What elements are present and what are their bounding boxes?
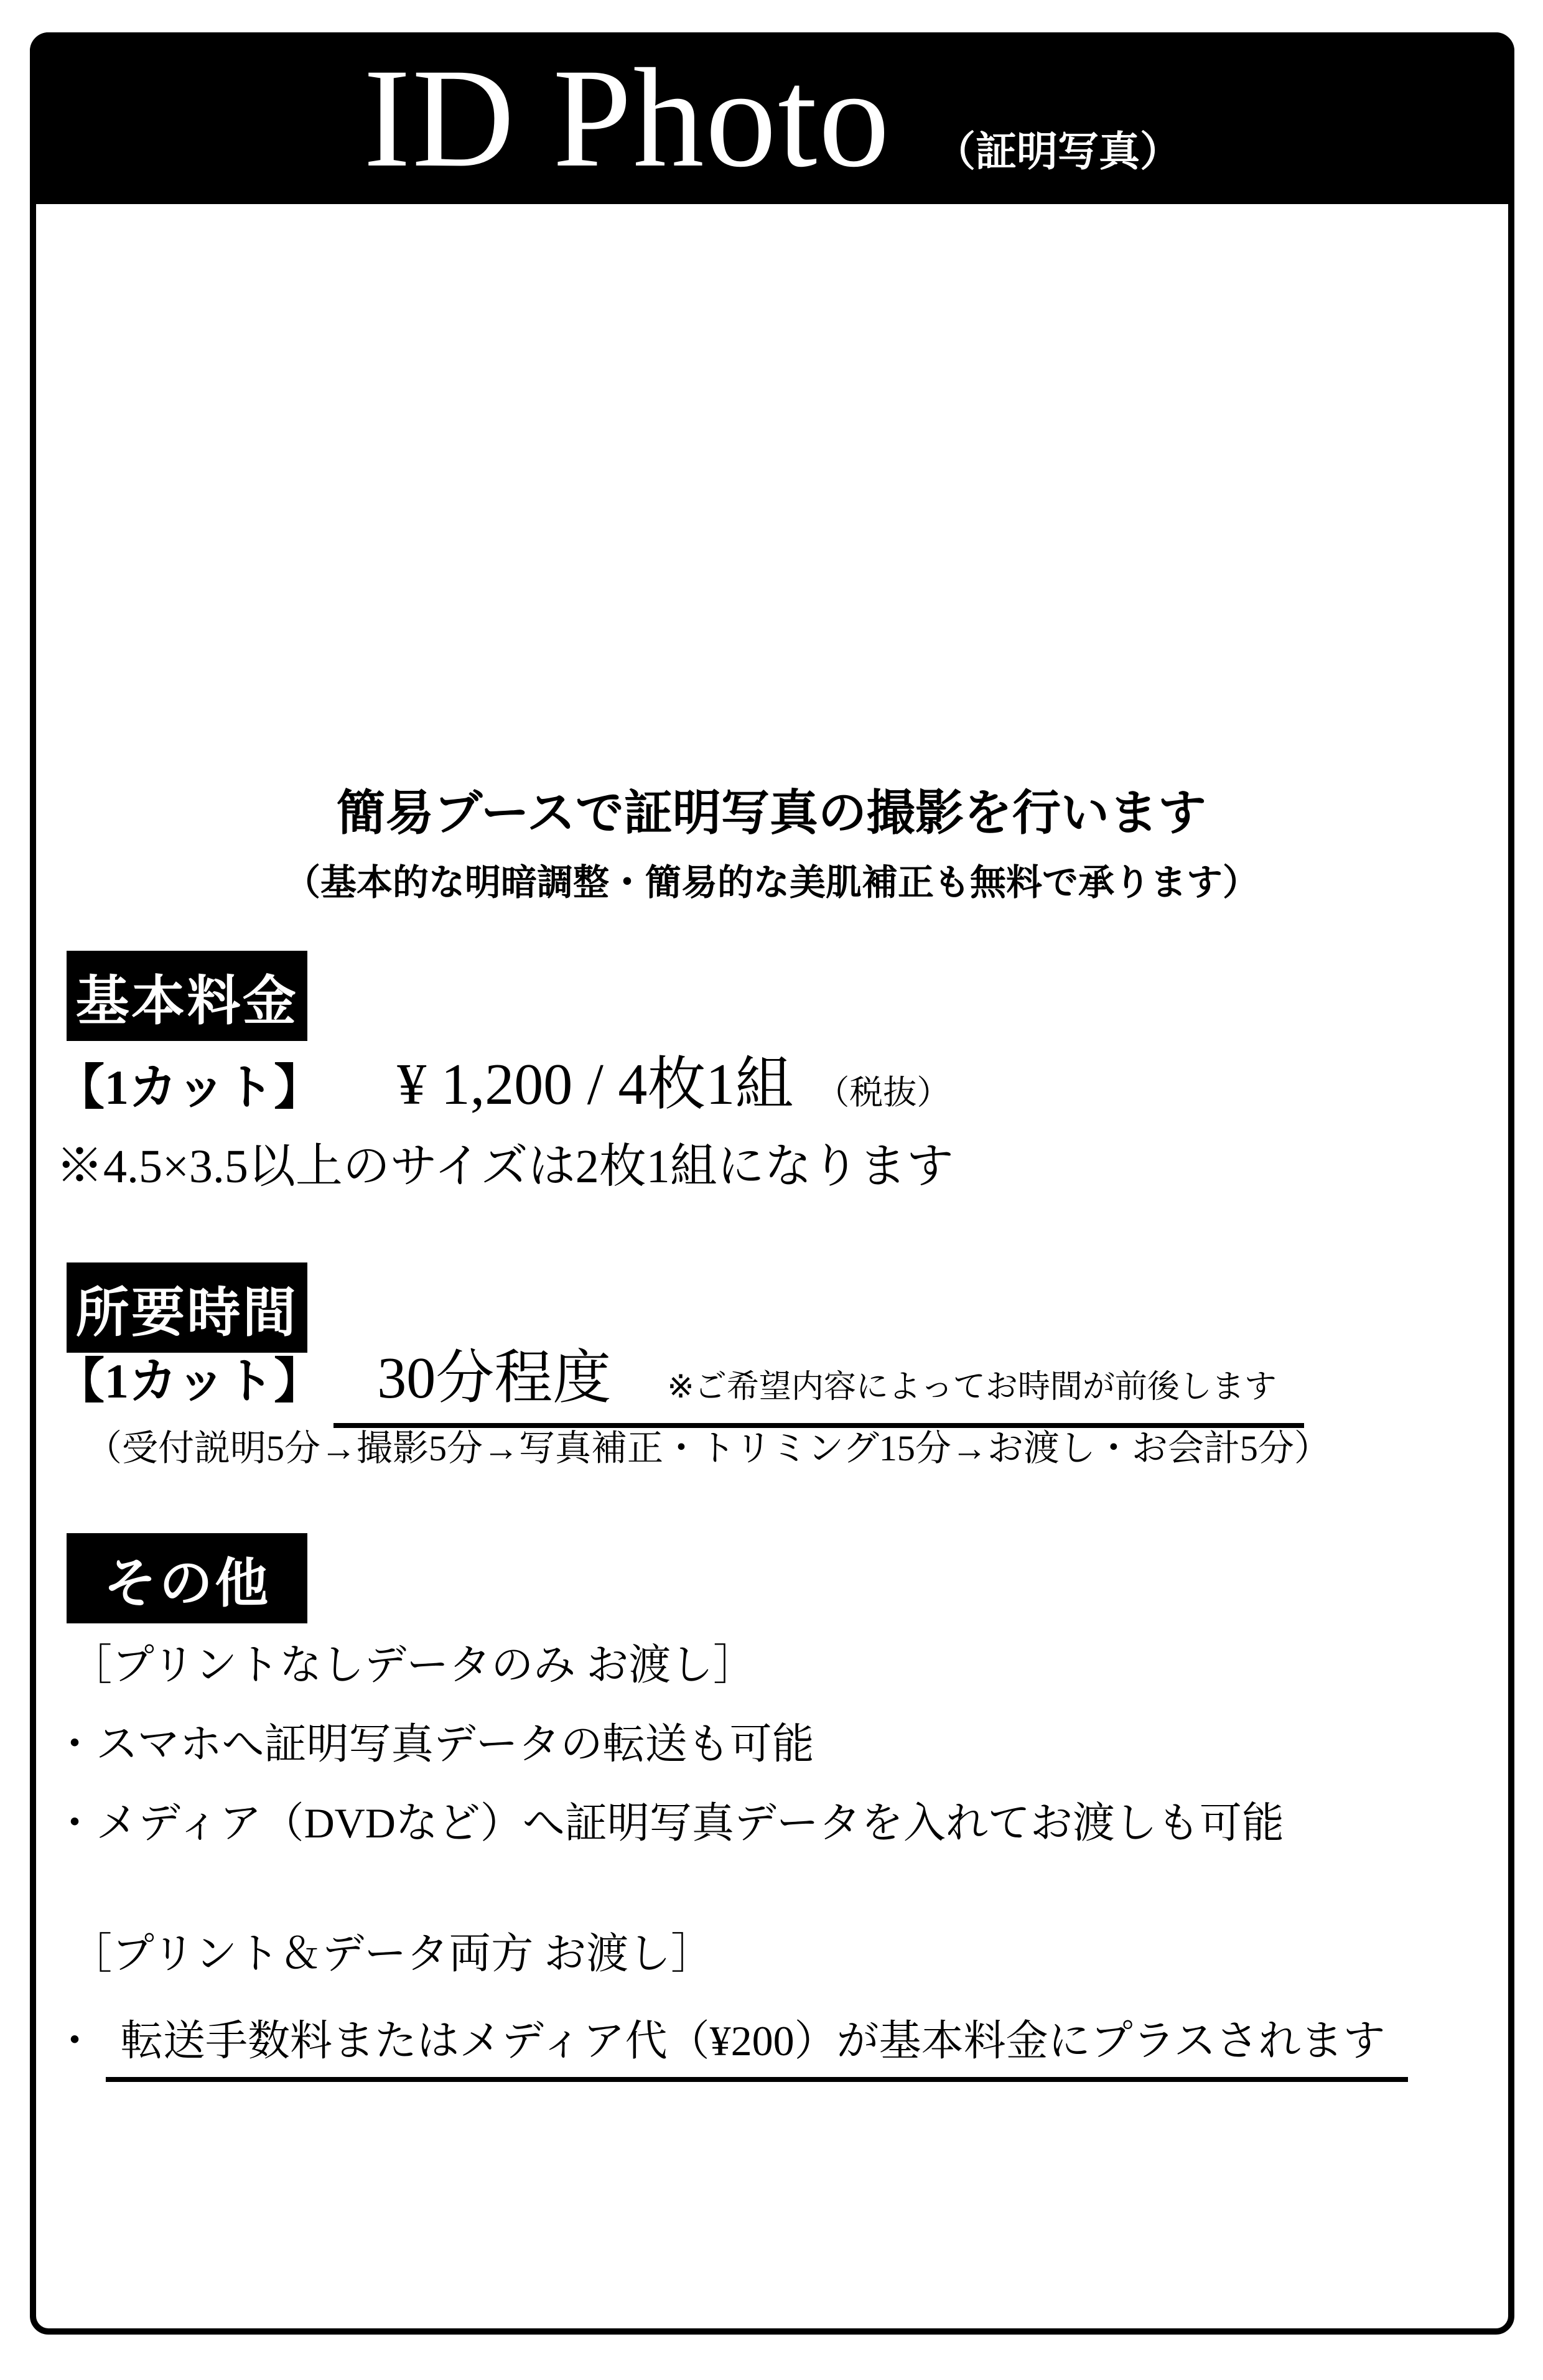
duration-note: ※ご希望内容によってお時間が前後します [667,1370,1277,1405]
intro-block: 簡易ブースで証明写真の撮影を行います （基本的な明暗調整・簡易的な美肌補正も無料… [0,789,1543,901]
price-value: ¥ 1,200 / 4枚1組 [397,1052,793,1117]
size-note: ※4.5×3.5以上のサイズは2枚1組になります [56,1141,954,1193]
duration-cut-label: 【1カット】 [56,1354,322,1408]
section-label-duration: 所要時間 [67,1262,307,1353]
tax-note: （税抜） [816,1074,950,1111]
basic-fee-cut-label: 【1カット】 [56,1060,322,1114]
bullet-marker: ・ [54,1720,96,1768]
header-title: ID Photo [363,32,891,204]
duration-breakdown: （受付説明5分→撮影5分→写真補正・トリミング15分→お渡し・お会計5分） [86,1429,1330,1468]
data-only-item-1: スマホへ証明写真データの転送も可能 [96,1720,814,1768]
flyer-page: ID Photo （証明写真） 簡易ブースで証明写真の撮影を行います （基本的な… [0,0,1543,2380]
print-and-data-heading: ［プリント＆データ両方 お渡し］ [70,1931,713,1977]
section-label-other: その他 [67,1533,307,1623]
bullet-marker: ・ [54,2017,96,2065]
data-only-item-2: メディア（DVDなど）へ証明写真データを入れてお渡しも可能 [96,1799,1284,1847]
data-only-heading: ［プリントなしデータのみ お渡し］ [70,1642,755,1689]
section-label-basic-fee: 基本料金 [67,951,307,1041]
list-item: ・スマホへ証明写真データの転送も可能 [54,1721,814,1768]
bullet-marker: ・ [54,1799,96,1847]
duration-underline-group: 30分程度※ご希望内容によってお時間が前後します [333,1346,1304,1428]
header-bar: ID Photo （証明写真） [30,32,1514,204]
intro-line-1: 簡易ブースで証明写真の撮影を行います [0,789,1543,838]
extra-fee-note: 転送手数料またはメディア代（¥200）が基本料金にプラスされます [106,2018,1408,2082]
header-subtitle: （証明写真） [935,118,1181,177]
list-item: ・転送手数料またはメディア代（¥200）が基本料金にプラスされます [54,2018,1408,2082]
list-item: ・メディア（DVDなど）へ証明写真データを入れてお渡しも可能 [54,1800,1284,1847]
duration-line: 【1カット】30分程度※ご希望内容によってお時間が前後します [56,1346,1304,1428]
intro-line-2: （基本的な明暗調整・簡易的な美肌補正も無料で承ります） [0,865,1543,901]
duration-time: 30分程度 [377,1346,611,1411]
price-line: 【1カット】¥ 1,200 / 4枚1組（税抜） [56,1053,950,1117]
